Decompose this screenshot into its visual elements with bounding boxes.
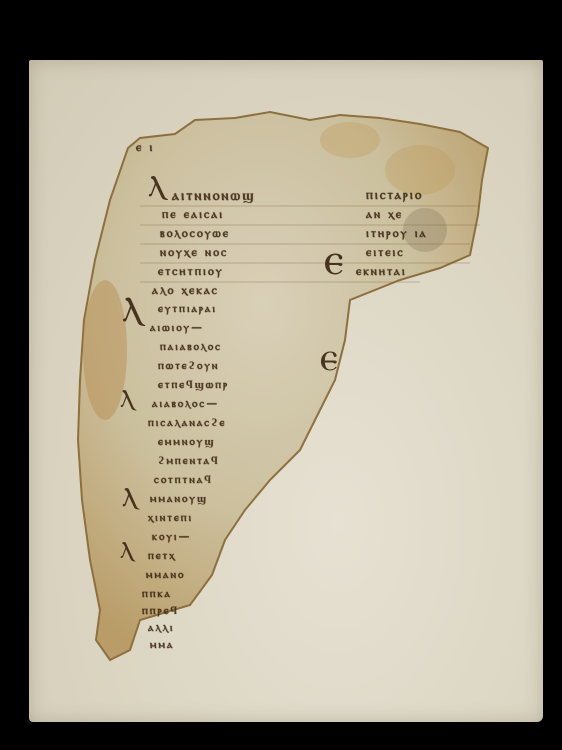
decorated-initial-epsilon: ⲉ [324,234,344,285]
text-line: ⲡⲱⲧⲉϩⲟⲩⲛ [158,359,220,373]
text-line: ⲡⲡⲕⲁ [142,587,172,601]
text-line: ⲁⲓⲧⲛⲛⲟⲛⲱϣ [172,188,256,205]
text-line: ⲡⲁⲓⲁⲃⲟⲗⲟⲥ [160,340,222,354]
text-line: ⲭⲓⲛⲧⲉⲡⲓ [148,511,193,525]
text-line: ⲁⲓⲁⲃⲟⲗⲟⲥ— [152,397,219,411]
decorated-initial: ⲗ [120,380,134,415]
decorated-initial-epsilon: ⲉ [320,334,338,380]
text-line: ⲉⲩⲧⲡⲓⲁⲣⲁⲓ [158,302,217,316]
text-line: ⲃⲟⲗⲟⲥⲟⲩⲱⲉ [160,226,230,241]
text-line: ⲙⲙⲁⲛⲟ [146,568,185,582]
text-line: ϩⲙⲡⲉⲛⲧⲁϥ [158,454,220,468]
decorated-initial: ⲗ [120,532,133,566]
text-line-column-b: ⲁⲛ ⲭⲉ [366,207,403,222]
text-line-column-b: ⲓⲧⲏⲣⲟⲩ ⲓⲁ [366,226,428,241]
text-line: ⲉⲧⲡⲉϥϣⲱⲡⲣ [158,378,229,392]
text-line: ⲛⲟⲩⲭⲉ ⲛⲟⲥ [160,245,228,260]
decorated-initial: ⲗ [122,282,142,332]
text-line: ⲥⲟⲧⲡⲧⲛⲁϥ [154,473,213,487]
text-line: ⲡⲉ ⲉⲁⲓⲥⲁⲓ [162,207,224,222]
manuscript-fragment [0,0,562,750]
text-line: ⲙⲙⲁⲛⲟⲩϣ [150,492,208,506]
text-line: ⲙⲙⲁ [150,638,174,652]
text-line-column-b: ⲡⲓⲥⲧⲁⲣⲓⲟ [366,188,423,203]
top-note: ⲉ ⲓ [136,140,154,155]
text-line: ⲡⲉⲧⲭ [148,549,176,563]
text-line: ⲁⲓⲱⲓⲟⲩ— [150,321,204,335]
text-line: ⲁⲗⲟ ⲭⲉⲕⲁⲥ [152,283,219,298]
text-line: ⲡⲡⲣⲉϥ [142,604,179,618]
decorated-initial: ⲗ [148,164,165,206]
text-line-column-b: ⲉⲓⲧⲉⲓⲥ [366,245,405,260]
text-line: ⲁⲗⲗⲓ [148,621,174,635]
text-line: ⲕⲟⲩⲓ— [152,530,192,544]
text-line: ⲉⲧⲥⲏⲧⲡⲓⲟⲩ [158,264,224,279]
text-line: ⲉⲙⲙⲛⲟⲩϣ [158,435,216,449]
text-line: ⲡⲓⲥⲁⲗⲁⲛⲁⲥϩⲉ [148,416,226,430]
decorated-initial: ⲗ [122,476,137,515]
text-line-column-b: ⲉⲕⲛⲏⲧⲁⲓ [356,264,407,279]
